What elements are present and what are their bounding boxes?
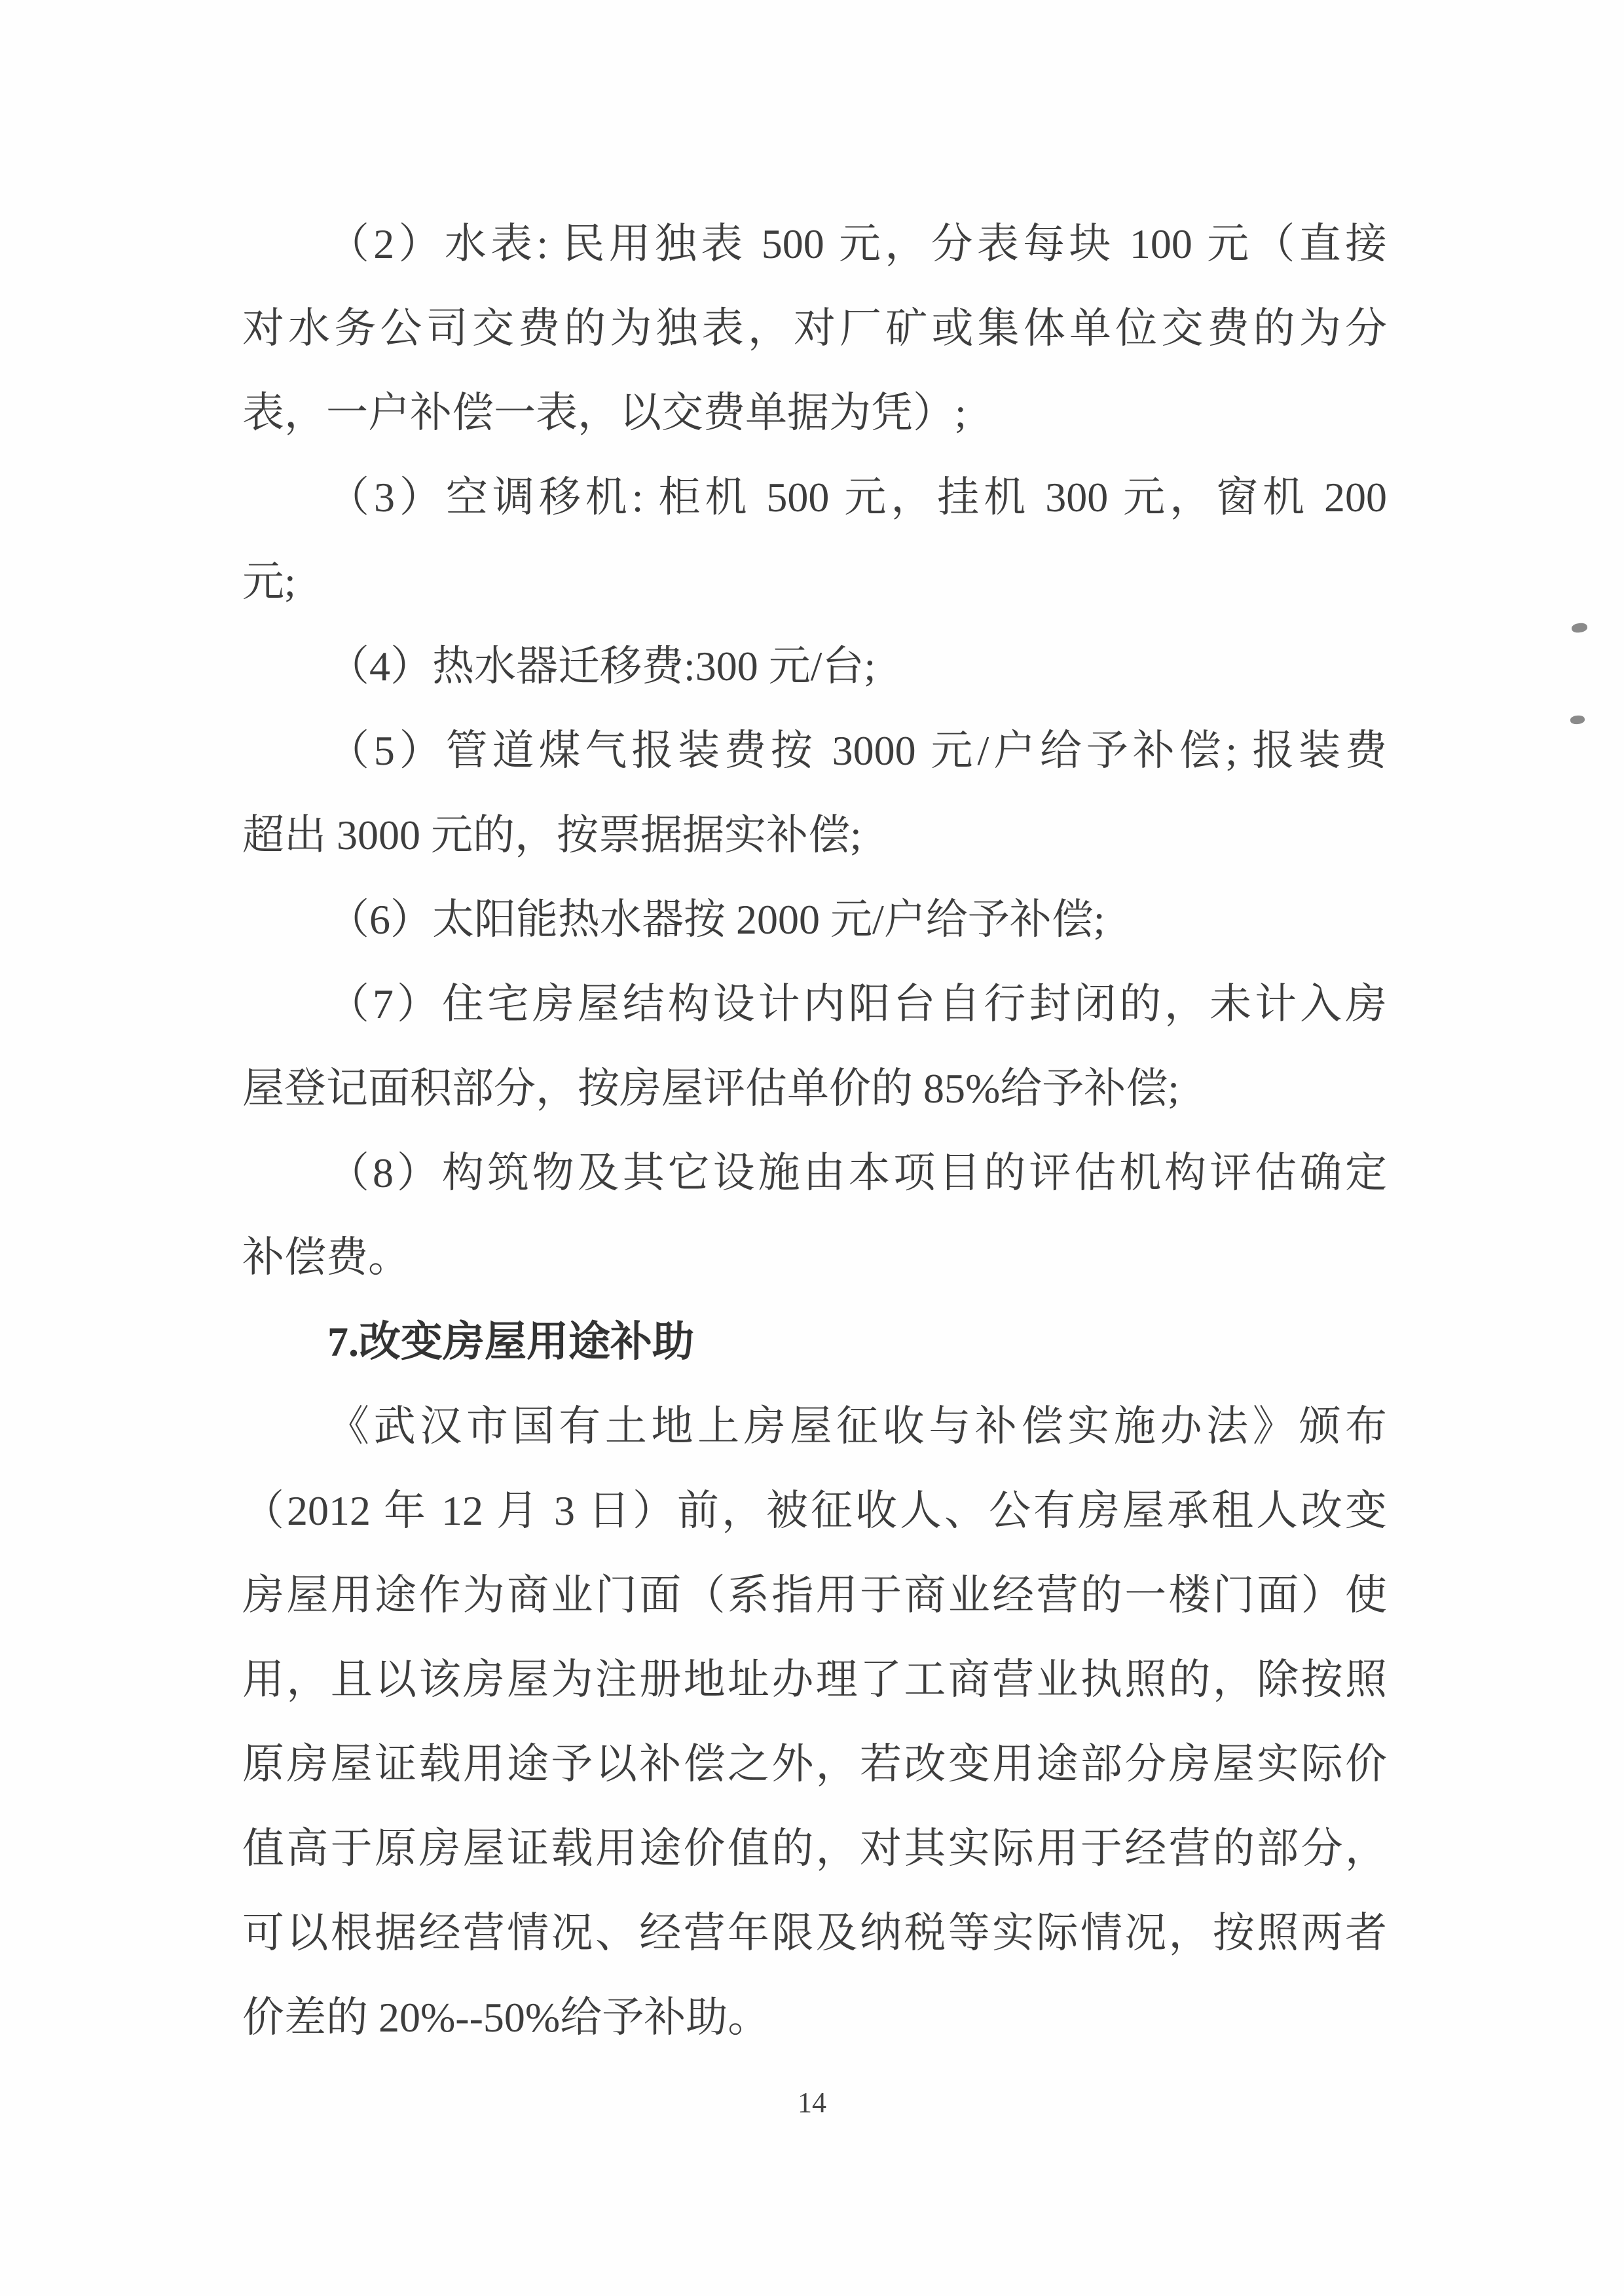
text-line: 原房屋证载用途予以补偿之外，若改变用途部分房屋实际价 (242, 1722, 1387, 1806)
text-line: 超出 3000 元的，按票据据实补偿; (242, 793, 1387, 877)
section-heading: 7.改变房屋用途补助 (242, 1300, 1387, 1384)
document-body: （2）水表: 民用独表 500 元，分表每块 100 元（直接 对水务公司交费的… (242, 202, 1387, 2060)
document-page: （2）水表: 民用独表 500 元，分表每块 100 元（直接 对水务公司交费的… (0, 0, 1624, 2296)
text-line: （3）空调移机: 柜机 500 元，挂机 300 元，窗机 200 (242, 455, 1387, 539)
text-line: 值高于原房屋证载用途价值的，对其实际用于经营的部分， (242, 1806, 1387, 1891)
page-number: 14 (0, 2083, 1624, 2123)
text-line: 用，且以该房屋为注册地址办理了工商营业执照的，除按照 (242, 1637, 1387, 1722)
text-line: 补偿费。 (242, 1215, 1387, 1300)
text-line: （2）水表: 民用独表 500 元，分表每块 100 元（直接 (242, 202, 1387, 286)
scan-artifact (1570, 715, 1585, 725)
text-line: （4）热水器迁移费:300 元/台; (242, 624, 1387, 708)
text-line: （7）住宅房屋结构设计内阳台自行封闭的，未计入房 (242, 962, 1387, 1046)
text-line: 房屋用途作为商业门面（系指用于商业经营的一楼门面）使 (242, 1553, 1387, 1637)
text-line: 屋登记面积部分，按房屋评估单价的 85%给予补偿; (242, 1046, 1387, 1131)
text-line: （2012 年 12 月 3 日）前，被征收人、公有房屋承租人改变 (242, 1468, 1387, 1553)
text-line: 《武汉市国有土地上房屋征收与补偿实施办法》颁布 (242, 1384, 1387, 1468)
text-line: 价差的 20%--50%给予补助。 (242, 1975, 1387, 2060)
text-line: （5）管道煤气报装费按 3000 元/户给予补偿; 报装费 (242, 708, 1387, 793)
text-line: 元; (242, 539, 1387, 624)
text-line: （8）构筑物及其它设施由本项目的评估机构评估确定 (242, 1131, 1387, 1215)
text-line: 对水务公司交费的为独表，对厂矿或集体单位交费的为分 (242, 286, 1387, 371)
text-line: （6）太阳能热水器按 2000 元/户给予补偿; (242, 877, 1387, 962)
scan-artifact (1571, 622, 1588, 633)
text-line: 表，一户补偿一表，以交费单据为凭）; (242, 371, 1387, 455)
text-line: 可以根据经营情况、经营年限及纳税等实际情况，按照两者 (242, 1891, 1387, 1975)
